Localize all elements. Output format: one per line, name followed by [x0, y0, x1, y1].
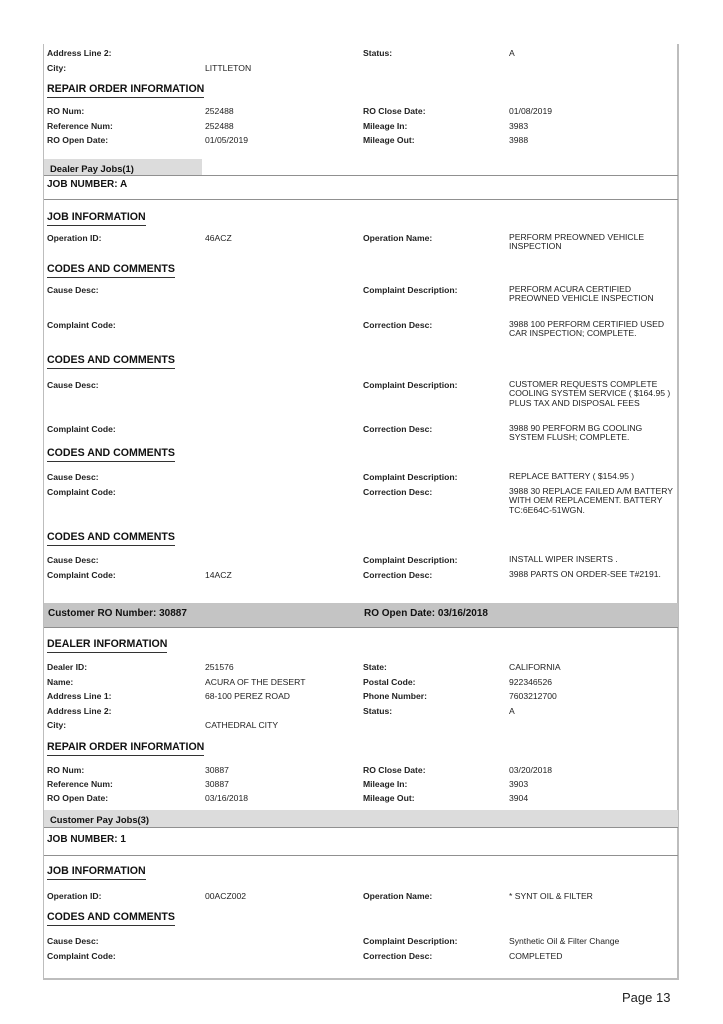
ref-num-label: Reference Num:	[47, 121, 113, 131]
cause-desc-label: Cause Desc:	[47, 472, 99, 482]
mileage-in-value: 3903	[509, 779, 528, 789]
complaint-desc-label: Complaint Description:	[363, 285, 458, 295]
ro-open-value: 01/05/2019	[205, 135, 248, 145]
operation-id-value: 46ACZ	[205, 233, 232, 243]
complaint-desc-value: Synthetic Oil & Filter Change	[509, 936, 619, 946]
city-value: CATHEDRAL CITY	[205, 720, 278, 730]
status-value: A	[509, 706, 515, 716]
name-label: Name:	[47, 677, 73, 687]
codes-comments-heading: CODES AND COMMENTS	[47, 911, 175, 926]
correction-desc-label: Correction Desc:	[363, 570, 432, 580]
mileage-in-value: 3983	[509, 121, 528, 131]
operation-name-label: Operation Name:	[363, 891, 432, 901]
complaint-desc-value: REPLACE BATTERY ( $154.95 )	[509, 472, 679, 481]
correction-desc-value: 3988 PARTS ON ORDER-SEE T#2191.	[509, 570, 679, 579]
correction-desc-value: COMPLETED	[509, 951, 562, 961]
operation-name-value: * SYNT OIL & FILTER	[509, 891, 593, 901]
operation-id-value: 00ACZ002	[205, 891, 246, 901]
customer-ro-header-band: Customer RO Number: 30887 RO Open Date: …	[44, 603, 678, 628]
ro-close-value: 01/08/2019	[509, 106, 552, 116]
city-label: City:	[47, 720, 66, 730]
operation-name-label: Operation Name:	[363, 233, 432, 243]
dealer-information-heading: DEALER INFORMATION	[47, 638, 167, 653]
ro-num-value: 252488	[205, 106, 234, 116]
divider	[44, 827, 678, 828]
postal-code-label: Postal Code:	[363, 677, 416, 687]
phone-value: 7603212700	[509, 691, 557, 701]
operation-id-label: Operation ID:	[47, 233, 101, 243]
customer-pay-jobs-band: Customer Pay Jobs(3)	[44, 810, 678, 827]
ro-close-value: 03/20/2018	[509, 765, 552, 775]
ref-num-value: 252488	[205, 121, 234, 131]
cause-desc-label: Cause Desc:	[47, 380, 99, 390]
cause-desc-label: Cause Desc:	[47, 555, 99, 565]
correction-desc-label: Correction Desc:	[363, 424, 432, 434]
ref-num-label: Reference Num:	[47, 779, 113, 789]
status-value: A	[509, 48, 515, 58]
status-label: Status:	[363, 706, 392, 716]
complaint-code-label: Complaint Code:	[47, 570, 116, 580]
mileage-out-label: Mileage Out:	[363, 135, 415, 145]
correction-desc-label: Correction Desc:	[363, 487, 432, 497]
correction-desc-value: 3988 90 PERFORM BG COOLING SYSTEM FLUSH;…	[509, 424, 679, 443]
mileage-out-label: Mileage Out:	[363, 793, 415, 803]
cause-desc-label: Cause Desc:	[47, 936, 99, 946]
correction-desc-label: Correction Desc:	[363, 320, 432, 330]
repair-order-heading: REPAIR ORDER INFORMATION	[47, 741, 204, 756]
ro-open-value: 03/16/2018	[205, 793, 248, 803]
customer-ro-number: Customer RO Number: 30887	[48, 608, 187, 619]
operation-id-label: Operation ID:	[47, 891, 101, 901]
city-label: City:	[47, 63, 66, 73]
state-value: CALIFORNIA	[509, 662, 561, 672]
dealer-pay-jobs-band: Dealer Pay Jobs(1)	[44, 159, 202, 175]
ro-num-value: 30887	[205, 765, 229, 775]
codes-comments-heading: CODES AND COMMENTS	[47, 531, 175, 546]
address-line-1-label: Address Line 1:	[47, 691, 111, 701]
complaint-desc-value: CUSTOMER REQUESTS COMPLETE COOLING SYSTE…	[509, 380, 679, 408]
city-value: LITTLETON	[205, 63, 251, 73]
divider	[44, 175, 678, 176]
dealer-pay-jobs-label: Dealer Pay Jobs(1)	[50, 163, 134, 174]
cause-desc-label: Cause Desc:	[47, 285, 99, 295]
complaint-desc-label: Complaint Description:	[363, 472, 458, 482]
ro-num-label: RO Num:	[47, 106, 84, 116]
ro-num-label: RO Num:	[47, 765, 84, 775]
complaint-desc-value: INSTALL WIPER INSERTS .	[509, 555, 679, 564]
complaint-desc-label: Complaint Description:	[363, 555, 458, 565]
address-line-2-label: Address Line 2:	[47, 706, 111, 716]
address-line-1-value: 68-100 PEREZ ROAD	[205, 691, 290, 701]
complaint-desc-label: Complaint Description:	[363, 936, 458, 946]
mileage-in-label: Mileage In:	[363, 779, 407, 789]
job-information-heading: JOB INFORMATION	[47, 865, 146, 880]
state-label: State:	[363, 662, 387, 672]
operation-name-value: PERFORM PREOWNED VEHICLE INSPECTION	[509, 233, 679, 252]
ref-num-value: 30887	[205, 779, 229, 789]
dealer-id-value: 251576	[205, 662, 234, 672]
codes-comments-heading: CODES AND COMMENTS	[47, 447, 175, 462]
correction-desc-value: 3988 30 REPLACE FAILED A/M BATTERY WITH …	[509, 487, 679, 515]
complaint-code-label: Complaint Code:	[47, 487, 116, 497]
correction-desc-value: 3988 100 PERFORM CERTIFIED USED CAR INSP…	[509, 320, 679, 339]
postal-code-value: 922346526	[509, 677, 552, 687]
ro-open-label: RO Open Date:	[47, 135, 108, 145]
name-value: ACURA OF THE DESERT	[205, 677, 305, 687]
codes-comments-heading: CODES AND COMMENTS	[47, 354, 175, 369]
ro-close-label: RO Close Date:	[363, 765, 426, 775]
complaint-desc-value: PERFORM ACURA CERTIFIED PREOWNED VEHICLE…	[509, 285, 679, 304]
repair-order-heading: REPAIR ORDER INFORMATION	[47, 83, 204, 98]
mileage-out-value: 3988	[509, 135, 528, 145]
ro-open-date-header: RO Open Date: 03/16/2018	[364, 608, 488, 619]
page-number: Page 13	[622, 990, 670, 1005]
complaint-code-value: 14ACZ	[205, 570, 232, 580]
codes-comments-heading: CODES AND COMMENTS	[47, 263, 175, 278]
divider	[44, 855, 678, 856]
divider	[44, 199, 678, 200]
address-line-2-label: Address Line 2:	[47, 48, 111, 58]
job-number: JOB NUMBER: 1	[47, 834, 126, 845]
phone-label: Phone Number:	[363, 691, 427, 701]
complaint-desc-label: Complaint Description:	[363, 380, 458, 390]
complaint-code-label: Complaint Code:	[47, 951, 116, 961]
job-number: JOB NUMBER: A	[47, 179, 127, 190]
dealer-id-label: Dealer ID:	[47, 662, 87, 672]
ro-open-label: RO Open Date:	[47, 793, 108, 803]
job-information-heading: JOB INFORMATION	[47, 211, 146, 226]
customer-pay-jobs-label: Customer Pay Jobs(3)	[50, 814, 149, 825]
mileage-in-label: Mileage In:	[363, 121, 407, 131]
complaint-code-label: Complaint Code:	[47, 424, 116, 434]
complaint-code-label: Complaint Code:	[47, 320, 116, 330]
ro-close-label: RO Close Date:	[363, 106, 426, 116]
status-label: Status:	[363, 48, 392, 58]
mileage-out-value: 3904	[509, 793, 528, 803]
correction-desc-label: Correction Desc:	[363, 951, 432, 961]
